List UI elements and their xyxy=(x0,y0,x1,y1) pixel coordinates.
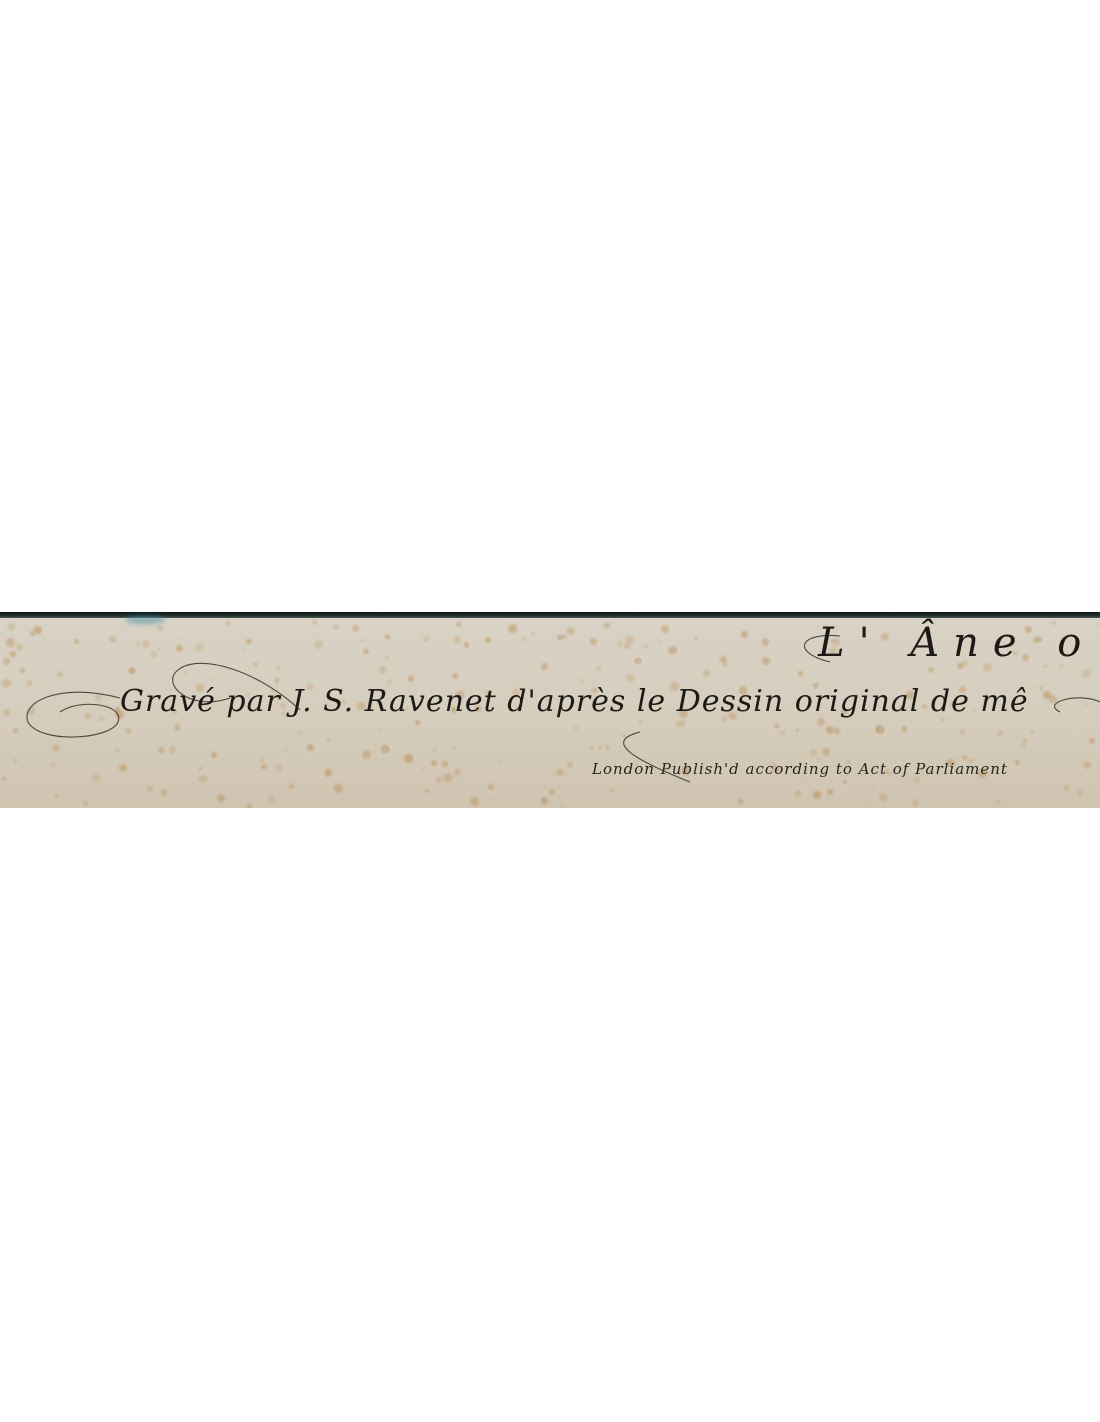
print-title: L' Âne o xyxy=(818,620,1095,666)
publication-notice: London Publish'd according to Act of Par… xyxy=(592,760,1008,778)
engraver-credit: Gravé par J. S. Ravenet d'après le Dessi… xyxy=(120,684,1029,719)
engraving-caption-strip: L' Âne o Gravé par J. S. Ravenet d'après… xyxy=(0,612,1100,808)
